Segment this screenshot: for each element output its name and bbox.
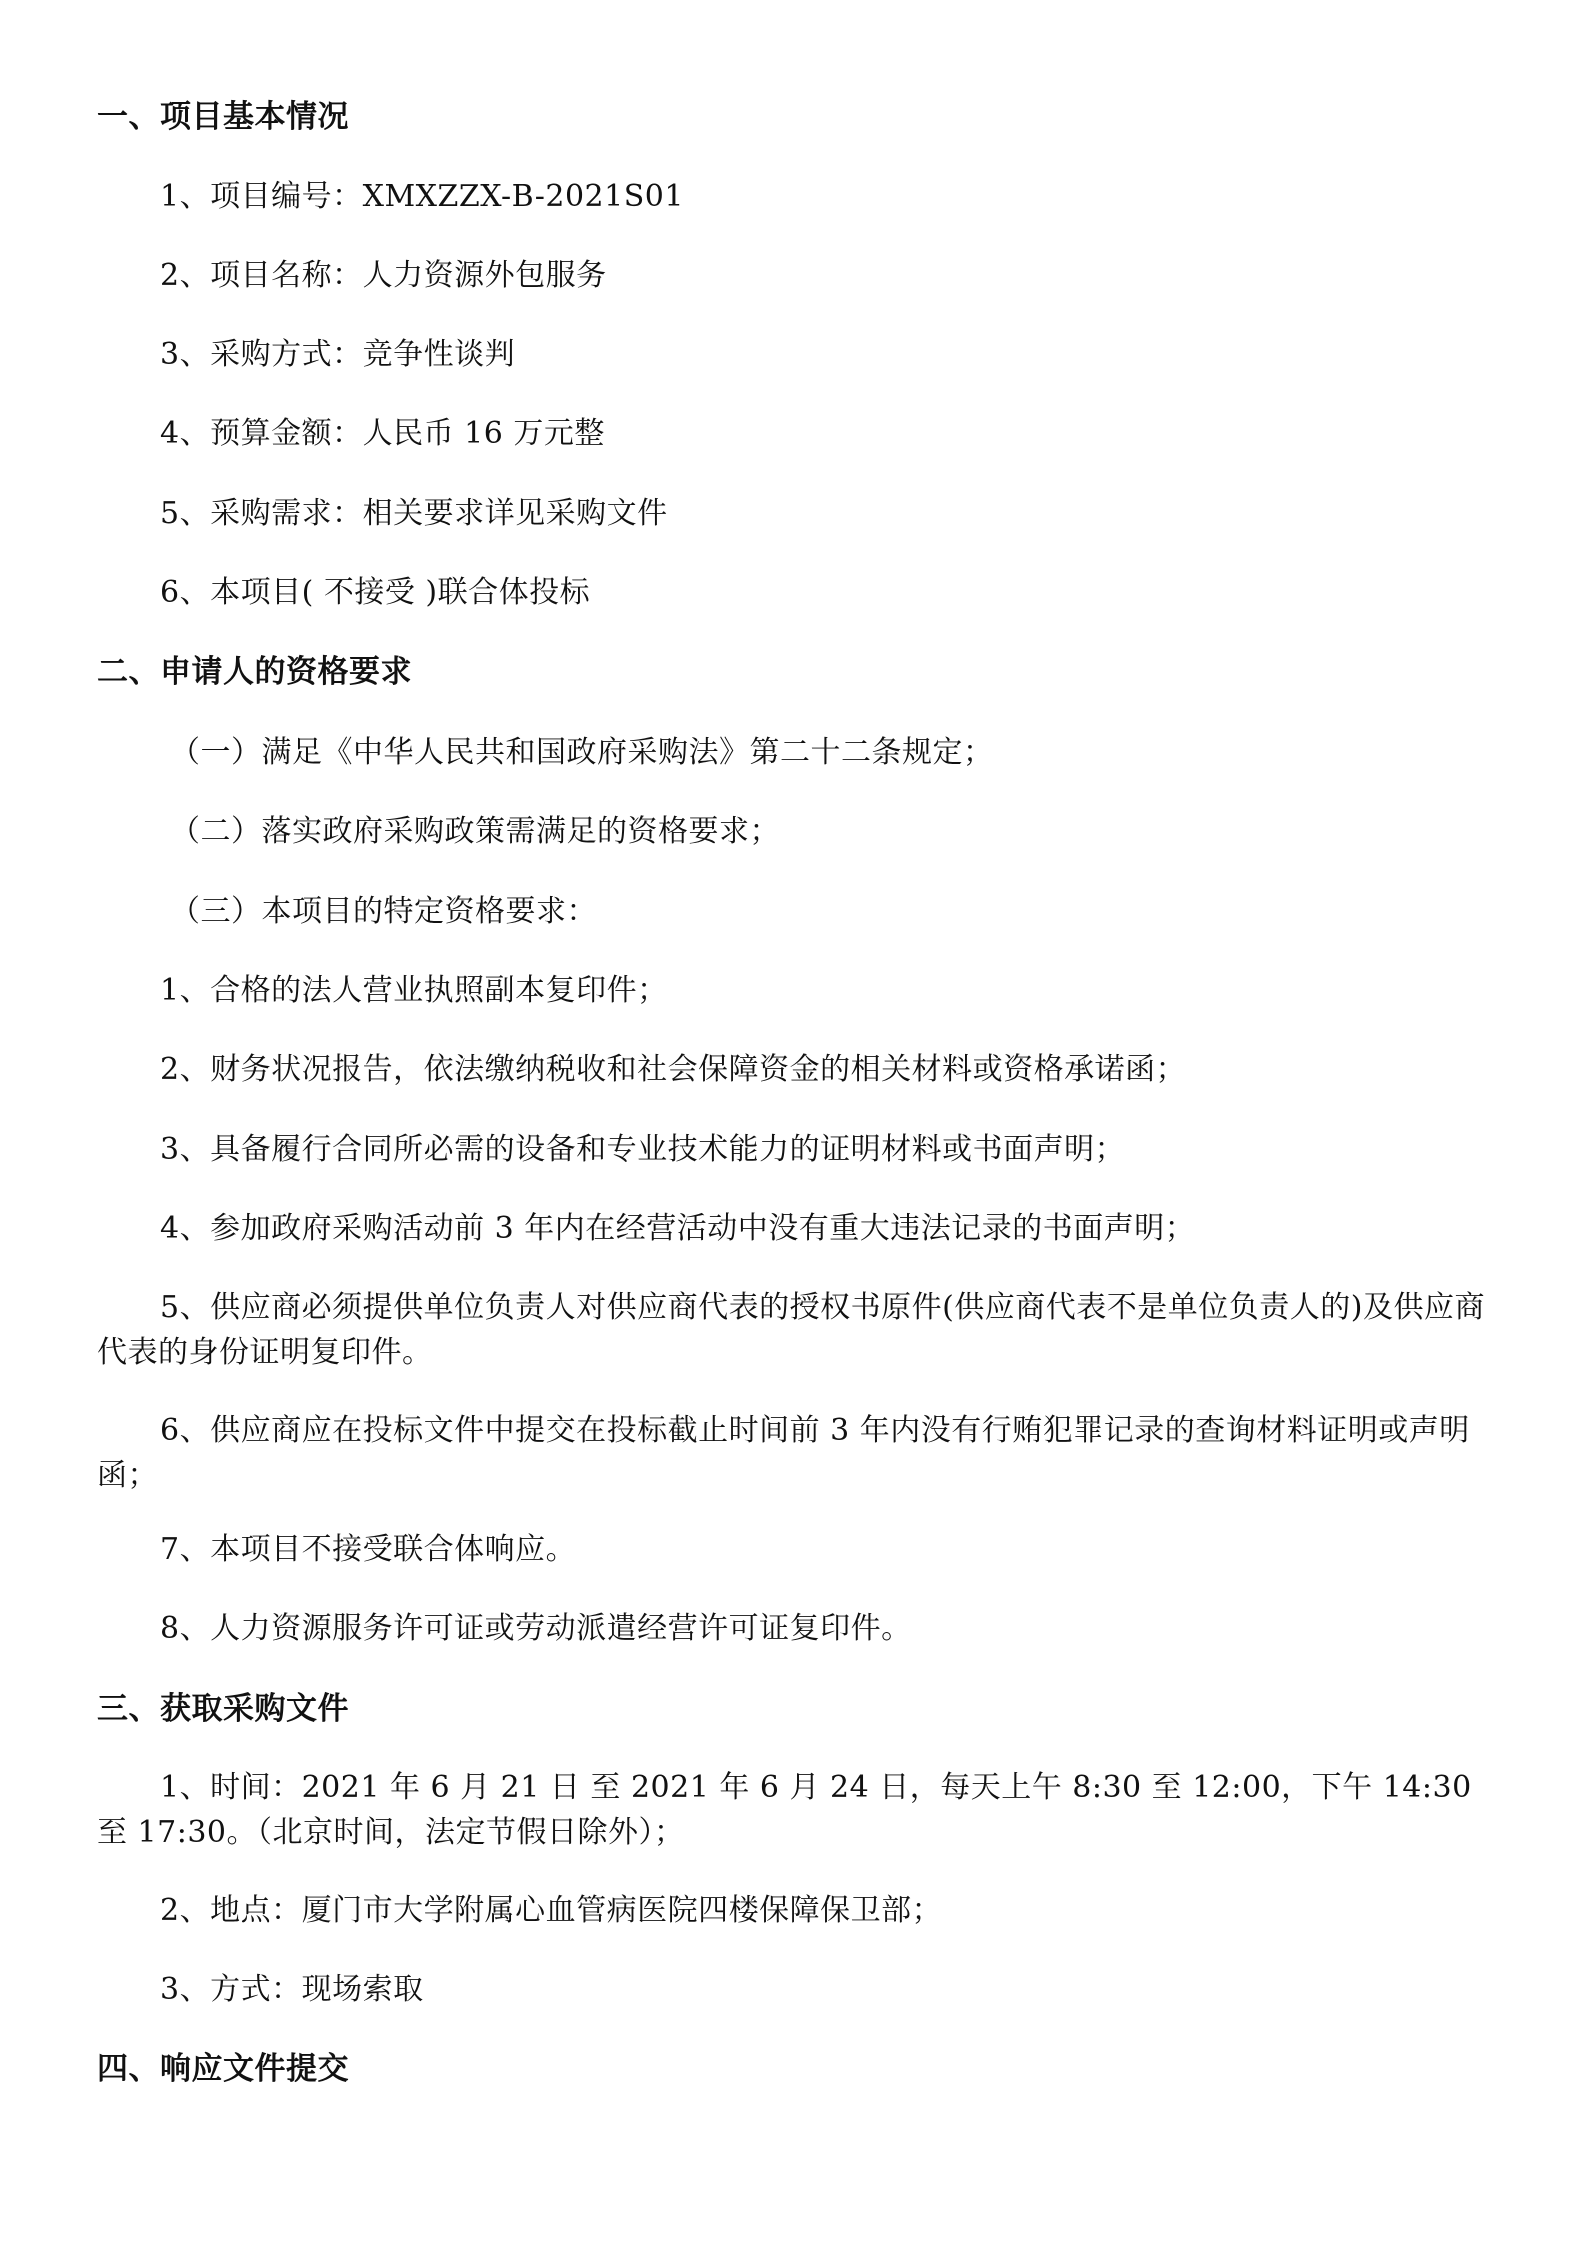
qualification-item-no-bribery: 6、供应商应在投标文件中提交在投标截止时间前 3 年内没有行贿犯罪记录的查询材料… (97, 1408, 1497, 1498)
section-heading-project-basics: 一、项目基本情况 (97, 97, 349, 137)
item-budget: 4、预算金额：人民币 16 万元整 (160, 414, 605, 454)
subitem-policy-requirements: （二）落实政府采购政策需满足的资格要求； (170, 812, 780, 852)
obtain-item-method: 3、方式：现场索取 (160, 1970, 424, 2010)
section-heading-submission: 四、响应文件提交 (97, 2049, 349, 2089)
obtain-item-time: 1、时间：2021 年 6 月 21 日 至 2021 年 6 月 24 日，每… (97, 1765, 1497, 1855)
qualification-item-equipment: 3、具备履行合同所必需的设备和专业技术能力的证明材料或书面声明； (160, 1130, 1125, 1170)
qualification-item-financial-report: 2、财务状况报告，依法缴纳税收和社会保障资金的相关材料或资格承诺函； (160, 1050, 1186, 1090)
item-project-name: 2、项目名称：人力资源外包服务 (160, 256, 607, 296)
item-project-number: 1、项目编号：XMXZZX-B-2021S01 (160, 177, 684, 217)
subitem-specific-requirements: （三）本项目的特定资格要求： (170, 892, 597, 932)
item-consortium: 6、本项目( 不接受 )联合体投标 (160, 573, 590, 613)
qualification-item-no-consortium: 7、本项目不接受联合体响应。 (160, 1530, 576, 1570)
section-heading-obtain-documents: 三、获取采购文件 (97, 1689, 349, 1729)
document-page: 一、项目基本情况 1、项目编号：XMXZZX-B-2021S01 2、项目名称：… (0, 0, 1587, 2245)
qualification-item-authorization: 5、供应商必须提供单位负责人对供应商代表的授权书原件(供应商代表不是单位负责人的… (97, 1285, 1497, 1375)
obtain-item-location: 2、地点：厦门市大学附属心血管病医院四楼保障保卫部； (160, 1891, 942, 1931)
section-heading-qualifications: 二、申请人的资格要求 (97, 652, 412, 692)
qualification-item-hr-license: 8、人力资源服务许可证或劳动派遣经营许可证复印件。 (160, 1609, 912, 1649)
qualification-item-no-violations: 4、参加政府采购活动前 3 年内在经营活动中没有重大违法记录的书面声明； (160, 1209, 1195, 1249)
item-requirements: 5、采购需求：相关要求详见采购文件 (160, 494, 668, 534)
qualification-item-business-license: 1、合格的法人营业执照副本复印件； (160, 971, 668, 1011)
subitem-procurement-law: （一）满足《中华人民共和国政府采购法》第二十二条规定； (170, 733, 994, 773)
item-procurement-method: 3、采购方式：竞争性谈判 (160, 335, 515, 375)
